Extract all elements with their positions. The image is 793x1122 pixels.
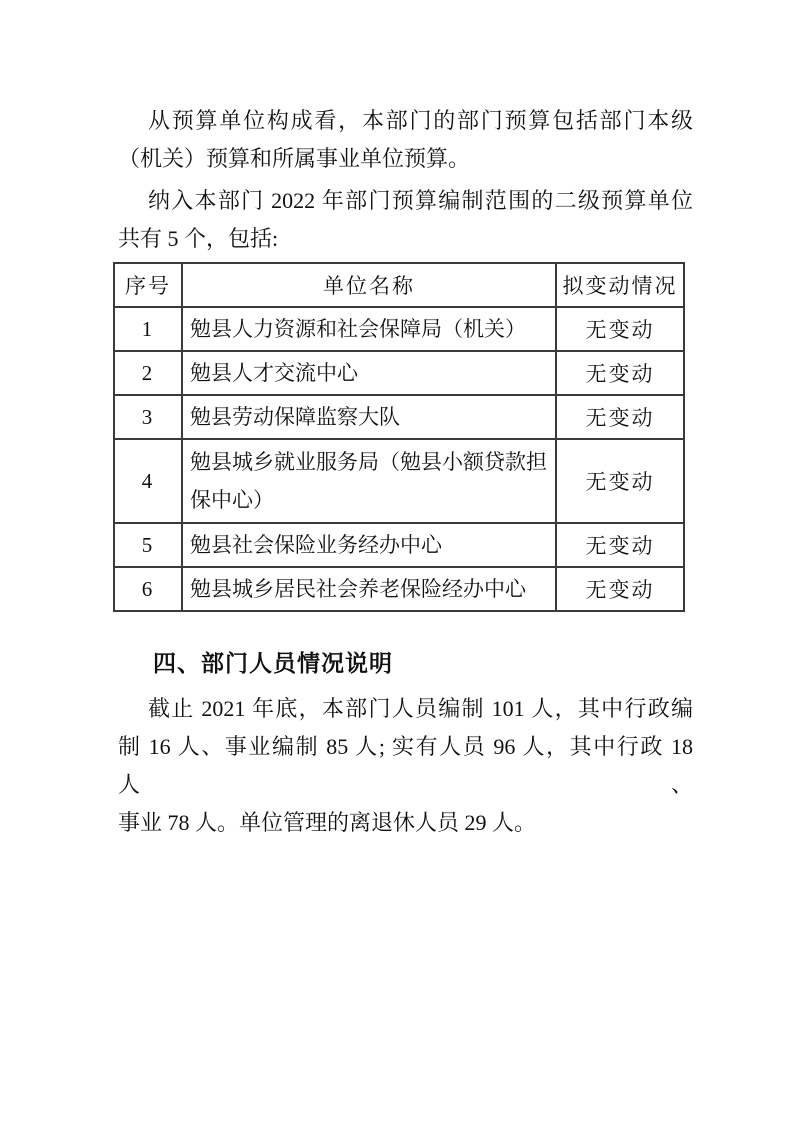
cell-change-status: 无变动 xyxy=(556,307,684,351)
cell-row-number: 4 xyxy=(114,439,182,523)
cell-row-number: 2 xyxy=(114,351,182,395)
paragraph-line: 截止 2021 年底，本部门人员编制 101 人，其中行政编 xyxy=(118,690,693,728)
table-header-row: 序号 单位名称 拟变动情况 xyxy=(114,263,684,307)
paragraph-line: 制 16 人、事业编制 85 人; 实有人员 96 人，其中行政 18 人、 xyxy=(118,728,693,804)
cell-change-status: 无变动 xyxy=(556,567,684,611)
cell-unit-name: 勉县城乡居民社会养老保险经办中心 xyxy=(182,567,556,611)
cell-unit-name: 勉县人力资源和社会保障局（机关） xyxy=(182,307,556,351)
paragraph-line: 纳入本部门 2022 年部门预算编制范围的二级预算单位 xyxy=(118,182,693,220)
cell-unit-name: 勉县人才交流中心 xyxy=(182,351,556,395)
paragraph-line: 事业 78 人。单位管理的离退休人员 29 人。 xyxy=(118,804,693,842)
table-row: 6 勉县城乡居民社会养老保险经办中心 无变动 xyxy=(114,567,684,611)
document-page: 从预算单位构成看，本部门的部门预算包括部门本级 （机关）预算和所属事业单位预算。… xyxy=(0,0,793,1122)
cell-row-number: 5 xyxy=(114,523,182,567)
header-cell-name: 单位名称 xyxy=(182,263,556,307)
cell-unit-name: 勉县城乡就业服务局（勉县小额贷款担保中心） xyxy=(182,439,556,523)
paragraph-personnel-details: 截止 2021 年底，本部门人员编制 101 人，其中行政编 制 16 人、事业… xyxy=(118,690,693,842)
cell-row-number: 6 xyxy=(114,567,182,611)
table-row: 1 勉县人力资源和社会保障局（机关） 无变动 xyxy=(114,307,684,351)
cell-change-status: 无变动 xyxy=(556,523,684,567)
cell-change-status: 无变动 xyxy=(556,351,684,395)
table-row: 5 勉县社会保险业务经办中心 无变动 xyxy=(114,523,684,567)
budget-units-table: 序号 单位名称 拟变动情况 1 勉县人力资源和社会保障局（机关） 无变动 2 勉… xyxy=(113,262,685,612)
cell-unit-name: 勉县社会保险业务经办中心 xyxy=(182,523,556,567)
section-heading-personnel: 四、部门人员情况说明 xyxy=(118,646,693,680)
cell-change-status: 无变动 xyxy=(556,395,684,439)
paragraph-budget-composition: 从预算单位构成看，本部门的部门预算包括部门本级 （机关）预算和所属事业单位预算。 xyxy=(118,102,693,178)
header-cell-change: 拟变动情况 xyxy=(556,263,684,307)
table-row: 2 勉县人才交流中心 无变动 xyxy=(114,351,684,395)
table-row: 3 勉县劳动保障监察大队 无变动 xyxy=(114,395,684,439)
cell-change-status: 无变动 xyxy=(556,439,684,523)
header-cell-no: 序号 xyxy=(114,263,182,307)
paragraph-line: 共有 5 个，包括: xyxy=(118,220,693,258)
paragraph-line: （机关）预算和所属事业单位预算。 xyxy=(118,140,693,178)
paragraph-budget-scope: 纳入本部门 2022 年部门预算编制范围的二级预算单位 共有 5 个，包括: xyxy=(118,182,693,258)
cell-row-number: 1 xyxy=(114,307,182,351)
table-row: 4 勉县城乡就业服务局（勉县小额贷款担保中心） 无变动 xyxy=(114,439,684,523)
cell-row-number: 3 xyxy=(114,395,182,439)
cell-unit-name: 勉县劳动保障监察大队 xyxy=(182,395,556,439)
paragraph-line: 从预算单位构成看，本部门的部门预算包括部门本级 xyxy=(118,102,693,140)
